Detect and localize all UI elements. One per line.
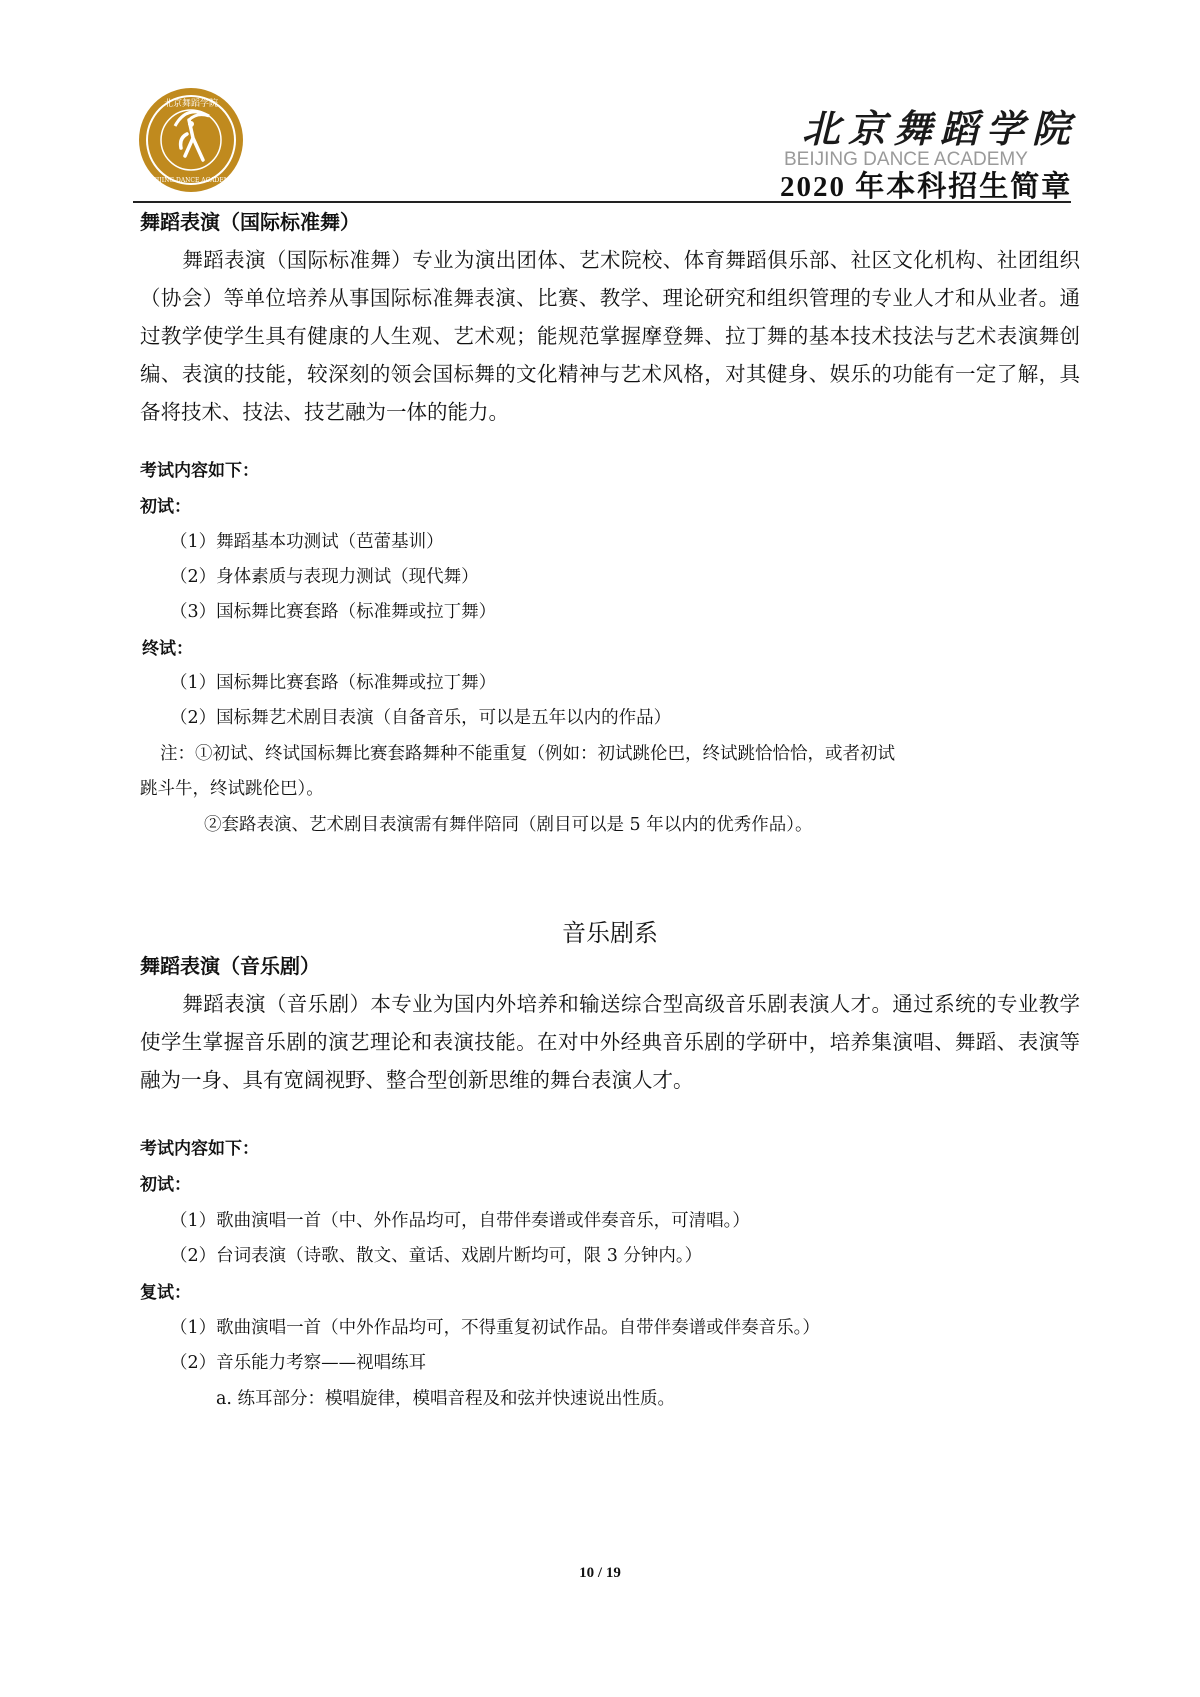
retest-label: 复试： (140, 1278, 191, 1303)
brand-name-en: BEIJING DANCE ACADEMY (758, 150, 1078, 170)
paragraph-text: 舞蹈表演（国际标准舞）专业为演出团体、艺术院校、体育舞蹈俱乐部、社区文化机构、社… (140, 248, 1080, 424)
list-item: （3）国标舞比赛套路（标准舞或拉丁舞） (170, 598, 496, 623)
sub-list-item: a. 练耳部分：模唱旋律，模唱音程及和弦并快速说出性质。 (216, 1385, 675, 1410)
final-label: 终试： (142, 634, 193, 659)
list-item: （1）国标舞比赛套路（标准舞或拉丁舞） (170, 669, 496, 694)
preliminary-label: 初试： (140, 492, 191, 517)
list-item: （2）身体素质与表现力测试（现代舞） (170, 563, 479, 588)
department-title: 音乐剧系 (140, 913, 1080, 948)
section-title-ballroom: 舞蹈表演（国际标准舞） (140, 206, 360, 235)
section-paragraph-ballroom: 舞蹈表演（国际标准舞）专业为演出团体、艺术院校、体育舞蹈俱乐部、社区文化机构、社… (140, 241, 1080, 431)
section-paragraph-musical: 舞蹈表演（音乐剧）本专业为国内外培养和输送综合型高级音乐剧表演人才。通过系统的专… (140, 985, 1080, 1099)
list-item: （2）国标舞艺术剧目表演（自备音乐，可以是五年以内的作品） (170, 704, 671, 729)
header-divider (133, 201, 1071, 203)
exam-intro-label: 考试内容如下： (140, 456, 259, 481)
document-page: 北京舞蹈学院 BEIJING DANCE ACADEMY 北京舞蹈学院 BEIJ… (0, 0, 1200, 1697)
note-2: ②套路表演、艺术剧目表演需有舞伴陪同（剧目可以是 5 年以内的优秀作品）。 (204, 811, 813, 836)
note-1-line-1: 注：①初试、终试国标舞比赛套路舞种不能重复（例如：初试跳伦巴，终试跳恰恰恰，或者… (160, 740, 895, 765)
preliminary-label: 初试： (140, 1170, 191, 1195)
list-item: （2）台词表演（诗歌、散文、童话、戏剧片断均可，限 3 分钟内。） (170, 1242, 702, 1267)
list-item: （1）舞蹈基本功测试（芭蕾基训） (170, 528, 444, 553)
list-item: （1）歌曲演唱一首（中外作品均可，不得重复初试作品。自带伴奏谱或伴奏音乐。） (170, 1314, 820, 1339)
logo-ring-cn-text: 北京舞蹈学院 (164, 97, 218, 109)
section-title-musical: 舞蹈表演（音乐剧） (140, 950, 320, 979)
logo-ring-en-text: BEIJING DANCE ACADEMY (148, 177, 235, 184)
paragraph-text: 舞蹈表演（音乐剧）本专业为国内外培养和输送综合型高级音乐剧表演人才。通过系统的专… (140, 992, 1080, 1092)
academy-seal-logo-icon: 北京舞蹈学院 BEIJING DANCE ACADEMY (137, 86, 245, 194)
brand-name-cn: 北京舞蹈学院 (758, 108, 1078, 150)
brand-block: 北京舞蹈学院 BEIJING DANCE ACADEMY 2020 年本科招生简… (758, 108, 1078, 204)
brochure-subtitle: 2020 年本科招生简章 (758, 170, 1078, 204)
note-1-line-2: 跳斗牛，终试跳伦巴）。 (140, 775, 324, 800)
exam-intro-label: 考试内容如下： (140, 1134, 259, 1159)
page-number: 10 / 19 (0, 1565, 1200, 1582)
list-item: （2）音乐能力考察——视唱练耳 (170, 1349, 426, 1374)
list-item: （1）歌曲演唱一首（中、外作品均可，自带伴奏谱或伴奏音乐，可清唱。） (170, 1207, 750, 1232)
